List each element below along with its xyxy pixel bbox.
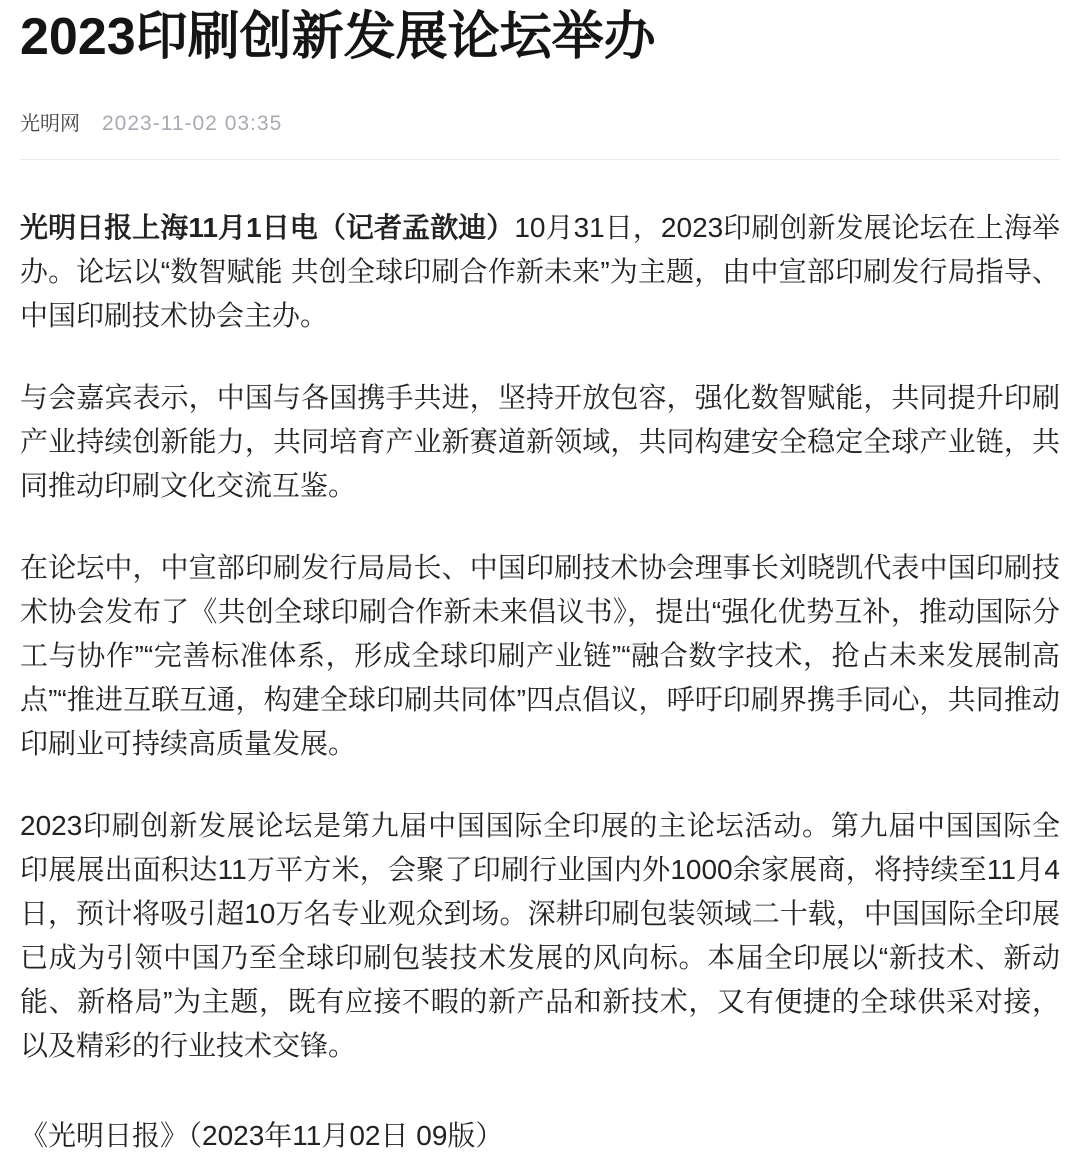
article-meta: 光明网 2023-11-02 03:35 <box>20 110 1060 138</box>
header-divider <box>20 159 1060 160</box>
article-page: 2023印刷创新发展论坛举办 光明网 2023-11-02 03:35 光明日报… <box>0 0 1080 1175</box>
paragraph-lead: 光明日报上海11月1日电（记者孟歆迪） <box>20 212 514 243</box>
article-source: 光明网 <box>20 110 80 138</box>
article-paragraph-1: 光明日报上海11月1日电（记者孟歆迪）10月31日，2023印刷创新发展论坛在上… <box>20 206 1060 338</box>
article-paragraph-3: 在论坛中，中宣部印刷发行局局长、中国印刷技术协会理事长刘晓凯代表中国印刷技术协会… <box>20 546 1060 766</box>
article-paragraph-4: 2023印刷创新发展论坛是第九届中国国际全印展的主论坛活动。第九届中国国际全印展… <box>20 804 1060 1068</box>
article-body: 光明日报上海11月1日电（记者孟歆迪）10月31日，2023印刷创新发展论坛在上… <box>20 206 1060 1158</box>
article-paragraph-2: 与会嘉宾表示，中国与各国携手共进，坚持开放包容，强化数智赋能，共同提升印刷产业持… <box>20 376 1060 508</box>
newspaper-citation: 《光明日报》（2023年11月02日 09版） <box>20 1114 1060 1158</box>
publish-date: 2023-11-02 03:35 <box>102 110 282 138</box>
article-title: 2023印刷创新发展论坛举办 <box>20 0 1060 70</box>
